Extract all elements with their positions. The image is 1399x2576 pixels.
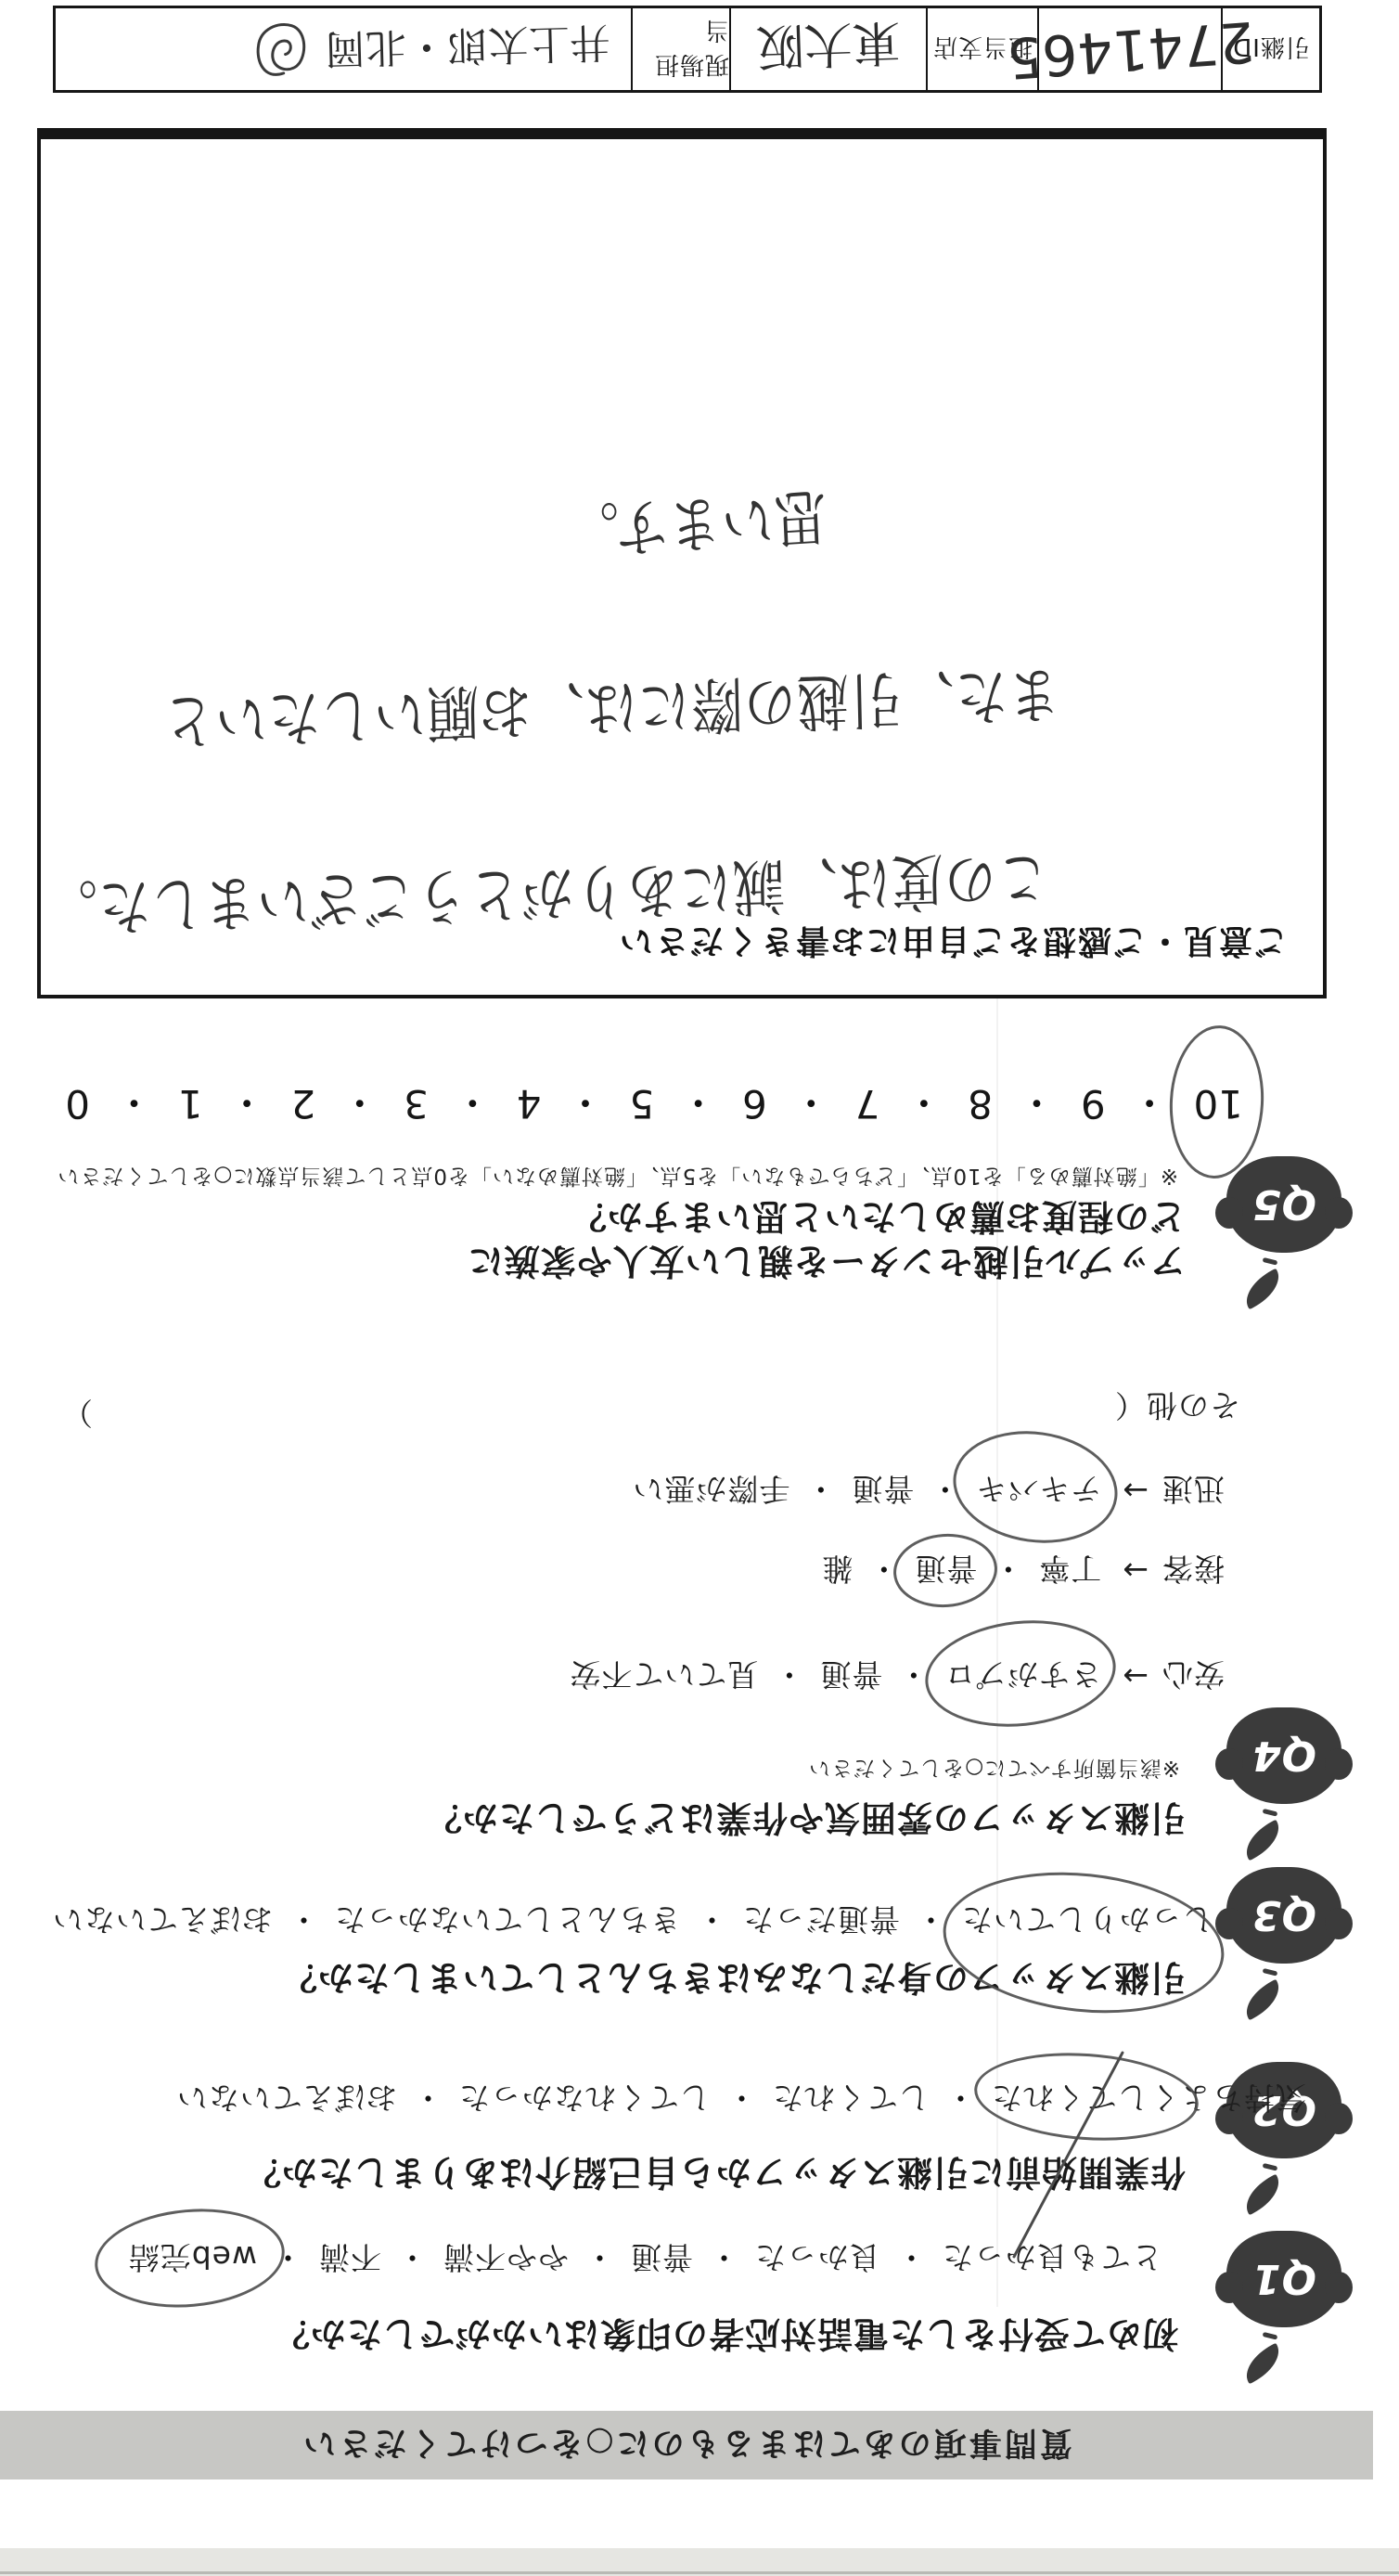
q1-option: とても良かった	[942, 2237, 1162, 2281]
q2-option: してくれた	[772, 2078, 930, 2121]
scale-number-circled: 10	[1194, 1082, 1243, 1127]
q1-options-row: とても良かった ・ 良かった ・ 普通 ・ やや不満 ・ 不満 ・ web完結	[128, 2237, 1162, 2281]
scale-number: 8	[968, 1082, 993, 1127]
q5-title-line2: どの程度お薦めしたいと思いますか？	[571, 1194, 1186, 1245]
q4-option: 雑	[821, 1549, 853, 1592]
comment-box: ご意見・ご感想をご自由にお書きください この度は、誠にありがとうございました。 …	[37, 128, 1327, 998]
handover-id-handwritten: 2741465	[1004, 8, 1255, 90]
scale-number: 1	[178, 1082, 203, 1127]
scale-separator: ・	[1130, 1076, 1169, 1132]
q5-note: ※「絶対薦める」を10点、「どちらでもない」を5点、「絶対薦めない」を0点として…	[57, 1163, 1178, 1193]
leaf-icon	[1239, 1269, 1288, 1310]
handover-info-table: 引継ID 2741465 担当支店 東大阪 現場担当 井上太郎・北岡	[53, 6, 1322, 93]
handwritten-comment-line: また、引越の際には、お願いしたいと	[160, 654, 1061, 769]
option-separator: ・	[895, 2237, 927, 2281]
staff-names-handwritten: 井上太郎・北岡	[324, 16, 611, 83]
scale-separator: ・	[114, 1076, 153, 1132]
q4-option-circled: 普通	[914, 1549, 977, 1592]
q4-row-label: 接客	[1162, 1549, 1225, 1592]
handwritten-comment-line: 思います。	[565, 476, 828, 580]
q2-title: 作業開始前に引継スタッフから自己紹介はありましたか？	[245, 2150, 1186, 2201]
option-separator: ・	[412, 2078, 443, 2121]
q4-row-sekkyaku: 接客 → 丁寧 ・ 普通 ・ 雑	[821, 1549, 1225, 1592]
q3-option: 普通だった	[742, 1900, 900, 1943]
scale-number: 5	[629, 1082, 654, 1127]
option-separator: ・	[944, 2078, 976, 2121]
q1-option: 良かった	[754, 2237, 880, 2281]
option-separator: ・	[897, 1655, 929, 1698]
q2-options-row: 気持ちよくしてくれた ・ してくれた ・ してくれなかった ・ おぼえていない	[176, 2078, 1306, 2121]
arrow-icon: →	[1122, 1552, 1149, 1589]
option-separator: ・	[288, 1900, 319, 1943]
leaf-icon	[1239, 1820, 1288, 1861]
scale-separator: ・	[566, 1076, 605, 1132]
q4-option: 普通	[819, 1655, 882, 1698]
q4-badge: Q4	[1251, 1732, 1316, 1780]
option-separator: ・	[696, 1900, 727, 1943]
q4-note: ※該当箇所すべてに○をしてください	[808, 1755, 1180, 1785]
q4-title: 引継スタッフの雰囲気や作業はどうでしたか？	[426, 1796, 1186, 1847]
q3-option: おぼえていない	[52, 1900, 273, 1943]
mascot-head: Q3	[1226, 1867, 1341, 1964]
q4-other-open: その他（	[1114, 1385, 1240, 1429]
scale-separator: ・	[791, 1076, 830, 1132]
option-separator: ・	[584, 2237, 615, 2281]
scale-separator: ・	[227, 1076, 266, 1132]
q4-row-anshin: 安心 → さすがプロ ・ 普通 ・ 見ていて不安	[569, 1655, 1225, 1698]
q3-options-row: しっかりしていた ・ 普通だった ・ きちんとしていなかった ・ おぼえていない	[52, 1900, 1213, 1943]
q4-mascot-icon: Q4	[1221, 1707, 1343, 1854]
arrow-icon: →	[1122, 1473, 1149, 1509]
leaf-icon	[1239, 2174, 1288, 2216]
q4-option: 手際が悪い	[632, 1469, 789, 1513]
q4-other-close-paren: ）	[61, 1393, 93, 1436]
handover-id-value-cell: 2741465	[1039, 8, 1223, 90]
q2-option: してくれなかった	[458, 2078, 711, 2121]
scale-separator: ・	[1017, 1076, 1056, 1132]
q3-option: きちんとしていなかった	[334, 1900, 681, 1943]
q4-option-circled: さすがプロ	[943, 1655, 1101, 1698]
q4-option: 丁寧	[1038, 1549, 1101, 1592]
q3-badge: Q3	[1251, 1892, 1316, 1939]
q1-mascot-icon: Q1	[1221, 2231, 1343, 2377]
mascot-head: Q4	[1226, 1707, 1341, 1804]
arrow-icon: →	[1122, 1658, 1149, 1694]
scale-number: 7	[855, 1082, 880, 1127]
scale-number: 6	[742, 1082, 767, 1127]
q3-option-circled: しっかりしていた	[961, 1900, 1213, 1943]
leaf-icon	[1239, 1979, 1288, 2021]
q1-option: 普通	[630, 2237, 693, 2281]
q4-option: 見ていて不安	[569, 1655, 758, 1698]
q1-option-circled: web完結	[128, 2237, 257, 2281]
option-separator: ・	[708, 2237, 739, 2281]
q1-option: 不満	[318, 2237, 381, 2281]
option-separator: ・	[396, 2237, 428, 2281]
scale-separator: ・	[679, 1076, 718, 1132]
option-separator: ・	[725, 2078, 757, 2121]
q3-mascot-icon: Q3	[1221, 1867, 1343, 2014]
q4-option: 普通	[851, 1469, 914, 1513]
upside-down-document: 質問事項のあてはまるものに○をつけてください Q1 初めて受付をした電話対応者の…	[0, 0, 1399, 2576]
q1-option: やや不満	[443, 2237, 569, 2281]
scale-number: 2	[291, 1082, 316, 1127]
q2-option-circled: 気持ちよくしてくれた	[991, 2078, 1306, 2121]
q2-option: おぼえていない	[176, 2078, 397, 2121]
option-separator: ・	[915, 1900, 946, 1943]
scale-separator: ・	[340, 1076, 379, 1132]
q4-other-label: その他（	[1114, 1385, 1240, 1429]
q4-other-close: ）	[61, 1393, 93, 1436]
scale-number: 4	[517, 1082, 542, 1127]
instruction-banner: 質問事項のあてはまるものに○をつけてください	[0, 2411, 1373, 2479]
staff-label: 現場担当	[633, 15, 729, 84]
q1-title: 初めて受付をした電話対応者の印象はいかがでしたか？	[274, 2312, 1178, 2363]
scale-number: 3	[404, 1082, 429, 1127]
scale-separator: ・	[905, 1076, 943, 1132]
q4-option-circled: テキパキ	[975, 1469, 1101, 1513]
option-separator: ・	[804, 1469, 836, 1513]
q1-badge: Q1	[1251, 2256, 1316, 2303]
signature-scribble	[250, 16, 314, 83]
q4-row-label: 安心	[1162, 1655, 1225, 1698]
scale-number: 9	[1081, 1082, 1106, 1127]
leaf-icon	[1239, 2343, 1288, 2385]
q5-mascot-icon: Q5	[1221, 1156, 1343, 1303]
q4-row-jinsoku: 迅速 → テキパキ ・ 普通 ・ 手際が悪い	[632, 1469, 1225, 1513]
scanned-survey-page: 質問事項のあてはまるものに○をつけてください Q1 初めて受付をした電話対応者の…	[0, 0, 1399, 2576]
q5-nps-scale: 10 ・ 9 ・ 8 ・ 7 ・ 6 ・ 5 ・ 4 ・ 3 ・ 2 ・ 1 ・…	[65, 1076, 1243, 1132]
q5-badge: Q5	[1251, 1181, 1316, 1229]
scale-separator: ・	[453, 1076, 492, 1132]
staff-label-cell: 現場担当	[633, 8, 731, 90]
mascot-head: Q5	[1226, 1156, 1341, 1253]
option-separator: ・	[773, 1655, 804, 1698]
scanner-edge-strip	[0, 2548, 1399, 2576]
staff-value-cell: 井上太郎・北岡	[56, 8, 633, 90]
q5-title-line1: アップル引越センターを親しい友人や家族に	[468, 1239, 1186, 1290]
branch-handwritten: 東大阪	[755, 12, 903, 86]
scale-number: 0	[65, 1082, 90, 1127]
q4-row-label: 迅速	[1162, 1469, 1225, 1513]
mascot-head: Q1	[1226, 2231, 1341, 2327]
instruction-banner-text: 質問事項のあてはまるものに○をつけてください	[301, 2422, 1072, 2468]
branch-value-cell: 東大阪	[731, 8, 928, 90]
